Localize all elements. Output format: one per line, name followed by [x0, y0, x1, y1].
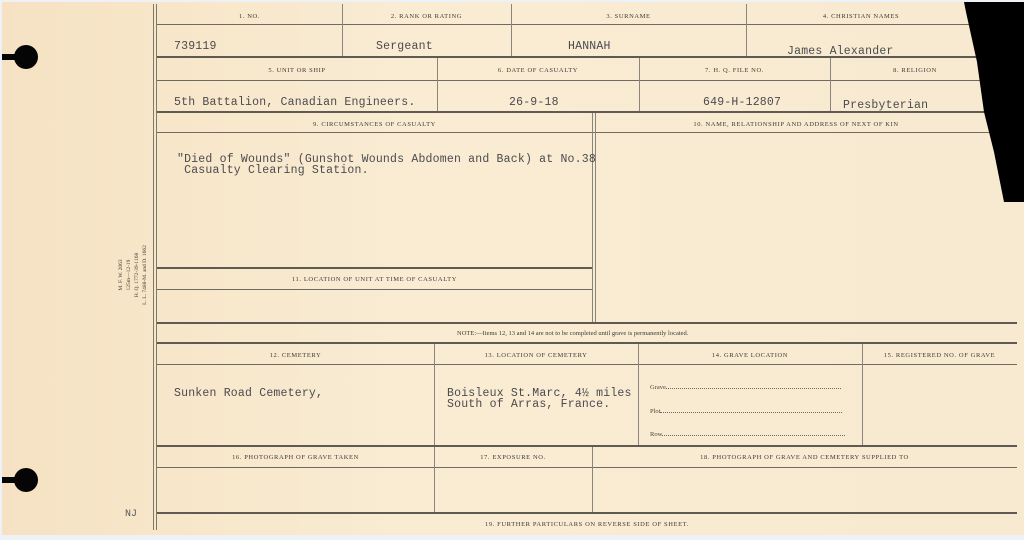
label-date: 6. Date of Casualty — [437, 67, 639, 74]
value-location-of-cemetery: Boisleux St.Marc, 4½ miles South of Arra… — [447, 388, 632, 410]
label-next-of-kin: 10. Name, Relationship and Address of Ne… — [596, 121, 996, 128]
divider — [434, 344, 435, 445]
punch-hole-bottom — [2, 468, 38, 492]
value-date: 26-9-18 — [509, 96, 559, 109]
label-exposure-no: 17. Exposure No. — [434, 454, 592, 461]
divider — [862, 344, 863, 445]
divider — [830, 58, 831, 111]
label-cemetery: 12. Cemetery — [157, 352, 434, 359]
plot-line: Plot — [650, 407, 842, 415]
rule — [157, 80, 1017, 81]
label-grave-location: 14. Grave Location — [638, 352, 862, 359]
side-print-stamp: M. F. W. 2063 125m—12-19 H. Q. 1772-39-1… — [110, 242, 156, 308]
value-rank: Sergeant — [376, 40, 433, 53]
note-items-12-14: NOTE:—Items 12, 13 and 14 are not to be … — [457, 330, 688, 337]
rule — [157, 467, 1017, 468]
label-unit: 5. Unit or Ship — [157, 67, 437, 74]
divider — [342, 4, 343, 56]
divider — [437, 58, 438, 111]
torn-corner-shadow — [944, 2, 1024, 202]
value-unit: 5th Battalion, Canadian Engineers. — [174, 96, 415, 109]
clerk-initials: NJ — [125, 509, 137, 520]
divider — [595, 113, 596, 324]
divider — [638, 344, 639, 445]
label-hq-file: 7. H. Q. File No. — [639, 67, 830, 74]
rule — [157, 24, 1017, 25]
label-registered-no: 15. Registered No. of Grave — [862, 352, 1017, 359]
row-line: Row — [650, 430, 845, 438]
casualty-card: M. F. W. 2063 125m—12-19 H. Q. 1772-39-1… — [2, 2, 1024, 535]
grave-line: Grave — [650, 383, 841, 391]
rule — [157, 289, 592, 290]
value-circumstances: "Died of Wounds" (Gunshot Wounds Abdomen… — [177, 154, 596, 176]
value-surname: HANNAH — [568, 40, 611, 53]
rule — [157, 322, 1017, 324]
rule — [157, 342, 1017, 344]
label-photo-taken: 16. Photograph of Grave Taken — [157, 454, 434, 461]
further-particulars-footer: 19. Further Particulars on Reverse Side … — [157, 521, 1017, 528]
divider — [511, 4, 512, 56]
rule — [157, 267, 592, 269]
rule — [157, 364, 1017, 365]
label-location-of-unit: 11. Location of Unit at Time of Casualty — [157, 276, 592, 283]
label-no: 1. No. — [157, 13, 342, 20]
label-location-of-cemetery: 13. Location of Cemetery — [434, 352, 638, 359]
label-rank: 2. Rank or Rating — [342, 13, 511, 20]
label-christian-names: 4. Christian Names — [746, 13, 976, 20]
value-hq-file: 649-H-12807 — [703, 96, 781, 109]
value-cemetery: Sunken Road Cemetery, — [174, 387, 323, 400]
value-religion: Presbyterian — [843, 99, 928, 112]
divider — [746, 4, 747, 56]
margin-rule — [153, 4, 154, 530]
label-photo-supplied: 18. Photograph of Grave and Cemetery Sup… — [592, 454, 1017, 461]
value-christian-names: James Alexander — [787, 45, 894, 58]
rule — [157, 445, 1017, 447]
divider — [639, 58, 640, 111]
value-no: 739119 — [174, 40, 217, 53]
rule — [157, 132, 1017, 133]
label-circumstances: 9. Circumstances of Casualty — [157, 121, 592, 128]
rule — [157, 512, 1017, 514]
label-surname: 3. Surname — [511, 13, 746, 20]
punch-hole-top — [2, 45, 38, 69]
divider — [592, 113, 593, 324]
